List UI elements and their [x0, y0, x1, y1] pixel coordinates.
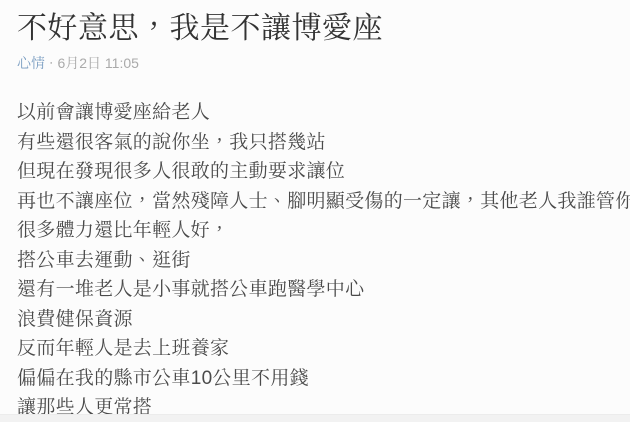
page-bottom-edge	[0, 414, 630, 422]
post-line: 但現在發現很多人很敢的主動要求讓位	[17, 157, 612, 187]
post-body: 以前會讓博愛座給老人 有些還很客氣的說你坐，我只搭幾站 但現在發現很多人很敢的主…	[17, 98, 612, 422]
post-line: 反而年輕人是去上班養家	[17, 334, 612, 364]
category-link[interactable]: 心情	[17, 55, 45, 71]
meta-separator: ‧	[49, 55, 53, 71]
post-meta: 心情‧6月2日 11:05	[17, 54, 612, 72]
post-line: 搭公車去運動、逛街	[17, 246, 612, 276]
post-title: 不好意思，我是不讓博愛座	[17, 10, 612, 48]
post-article: 不好意思，我是不讓博愛座 心情‧6月2日 11:05 以前會讓博愛座給老人 有些…	[0, 0, 630, 422]
post-datetime: 6月2日 11:05	[57, 55, 138, 71]
post-line: 以前會讓博愛座給老人	[17, 98, 612, 128]
post-line: 還有一堆老人是小事就搭公車跑醫學中心	[17, 275, 612, 305]
post-line: 再也不讓座位，當然殘障人士、腳明顯受傷的一定讓，其他老人我誰管你	[17, 187, 612, 217]
post-line: 很多體力還比年輕人好，	[17, 216, 612, 246]
post-line: 偏偏在我的縣市公車10公里不用錢	[17, 364, 612, 394]
post-line: 有些還很客氣的說你坐，我只搭幾站	[17, 128, 612, 158]
post-line: 浪費健保資源	[17, 305, 612, 335]
